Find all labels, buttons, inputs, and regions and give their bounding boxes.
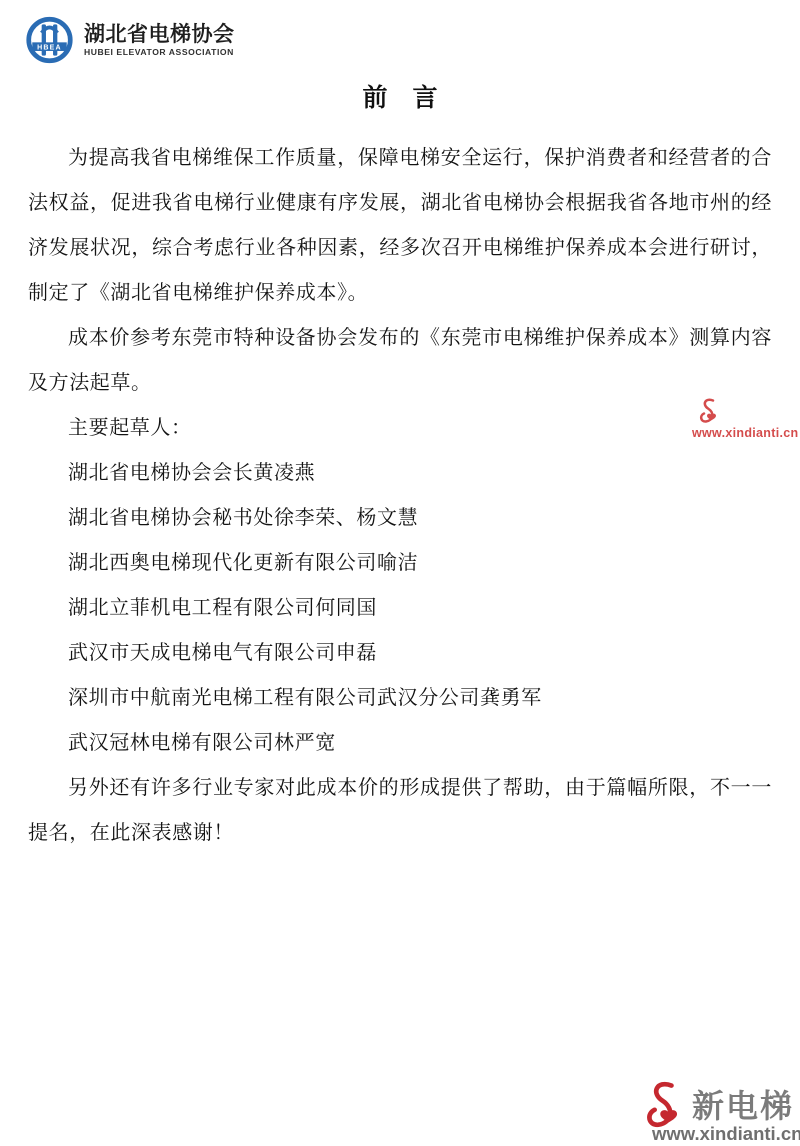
drafter-item: 武汉市天成电梯电气有限公司申磊 <box>28 631 772 676</box>
paragraph-intro: 为提高我省电梯维保工作质量，保障电梯安全运行，保护消费者和经营者的合法权益，促进… <box>28 136 772 316</box>
drafter-item: 湖北省电梯协会会长黄凌燕 <box>28 451 772 496</box>
watermark-bottom: 新电梯 www.xindianti.cn <box>642 1079 800 1144</box>
paragraph-reference: 成本价参考东莞市特种设备协会发布的《东莞市电梯维护保养成本》测算内容及方法起草。 <box>28 316 772 406</box>
association-emblem-icon: HBEA <box>26 14 73 66</box>
drafter-item: 深圳市中航南光电梯工程有限公司武汉分公司龚勇军 <box>28 676 772 721</box>
drafter-item: 湖北立菲机电工程有限公司何同国 <box>28 586 772 631</box>
paragraph-drafters-heading: 主要起草人： <box>28 406 772 451</box>
association-logo: HBEA 湖北省电梯协会 HUBEI ELEVATOR ASSOCIATION <box>26 14 235 66</box>
watermark-url: www.xindianti.cn <box>652 1124 800 1144</box>
page-title: 前 言 <box>0 78 800 114</box>
document-body: 为提高我省电梯维保工作质量，保障电梯安全运行，保护消费者和经营者的合法权益，促进… <box>28 136 772 856</box>
drafter-item: 武汉冠林电梯有限公司林严宽 <box>28 721 772 766</box>
watermark-brand-name: 新电梯 <box>692 1089 794 1123</box>
xindianti-swirl-icon <box>696 397 722 427</box>
paragraph-thanks: 另外还有许多行业专家对此成本价的形成提供了帮助，由于篇幅所限，不一一提名，在此深… <box>28 766 772 856</box>
watermark-url: www.xindianti.cn <box>692 427 800 440</box>
logo-name-en: HUBEI ELEVATOR ASSOCIATION <box>84 47 235 58</box>
logo-name-cn: 湖北省电梯协会 <box>84 23 235 47</box>
drafter-item: 湖北西奥电梯现代化更新有限公司喻洁 <box>28 541 772 586</box>
drafter-item: 湖北省电梯协会秘书处徐李荣、杨文慧 <box>28 496 772 541</box>
emblem-monogram: HBEA <box>37 44 62 51</box>
watermark-mid: www.xindianti.cn <box>692 397 800 440</box>
logo-text-block: 湖北省电梯协会 HUBEI ELEVATOR ASSOCIATION <box>84 23 235 58</box>
document-page: HBEA 湖北省电梯协会 HUBEI ELEVATOR ASSOCIATION … <box>0 0 800 1146</box>
